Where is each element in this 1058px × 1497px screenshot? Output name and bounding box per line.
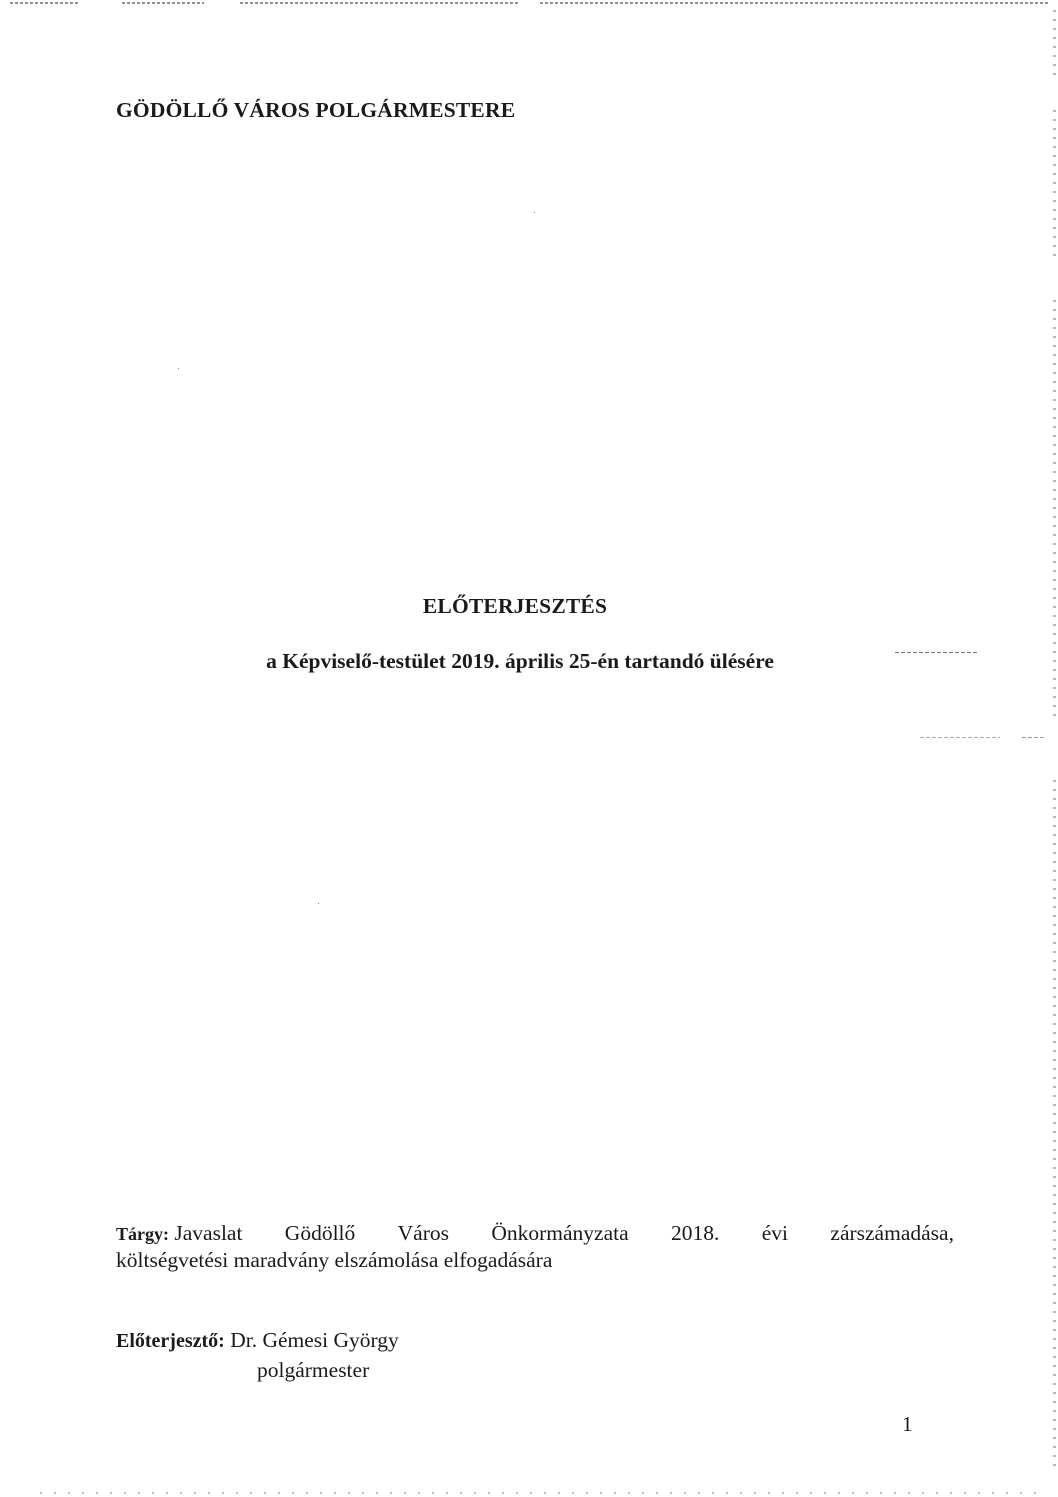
presenter-role: polgármester (116, 1356, 399, 1385)
document-title: ELŐTERJESZTÉS (0, 594, 1030, 619)
scan-artifact-right-edge (1053, 300, 1056, 720)
subject-word: Javaslat (174, 1221, 242, 1245)
scan-artifact-right-edge (1053, 10, 1056, 80)
presenter-row: Előterjesztő: Dr. Gémesi György (116, 1326, 399, 1356)
subject-word: zárszámadása, (830, 1220, 954, 1247)
subject-word: évi (762, 1220, 788, 1247)
presenter-block: Előterjesztő: Dr. Gémesi György polgárme… (116, 1326, 399, 1385)
subject-line-1: Tárgy: Javaslat Gödöllő Város Önkormányz… (116, 1220, 954, 1247)
scan-artifact-dash (1022, 737, 1044, 738)
scan-speck (534, 212, 535, 213)
presenter-label: Előterjesztő: (116, 1330, 225, 1352)
scan-artifact-right-edge (1053, 110, 1056, 260)
subject-block: Tárgy: Javaslat Gödöllő Város Önkormányz… (116, 1220, 954, 1273)
scan-artifact-top (240, 2, 520, 4)
scan-artifact-bottom (40, 1492, 1040, 1494)
presenter-name: Dr. Gémesi György (230, 1328, 399, 1352)
scan-artifact-top (122, 2, 204, 4)
scan-artifact-top (10, 2, 80, 4)
subject-word: 2018. (671, 1220, 719, 1247)
subject-word: Város (398, 1220, 449, 1247)
document-subtitle: a Képviselő-testület 2019. április 25-én… (0, 649, 1040, 674)
subject-word: Önkormányzata (491, 1220, 628, 1247)
scan-speck (318, 903, 319, 904)
subject-label: Tárgy: (116, 1224, 169, 1244)
scan-artifact-dash (920, 737, 1000, 738)
subject-line-2: költségvetési maradvány elszámolása elfo… (116, 1247, 954, 1273)
subject-word: Gödöllő (285, 1220, 355, 1247)
scanned-document-page: GÖDÖLLŐ VÁROS POLGÁRMESTERE ELŐTERJESZTÉ… (0, 0, 1058, 1497)
scan-artifact-right-edge (1053, 780, 1056, 1470)
scan-speck (178, 368, 179, 369)
page-number: 1 (902, 1412, 913, 1437)
issuer-heading: GÖDÖLLŐ VÁROS POLGÁRMESTERE (116, 98, 515, 123)
scan-artifact-top (540, 2, 1050, 4)
